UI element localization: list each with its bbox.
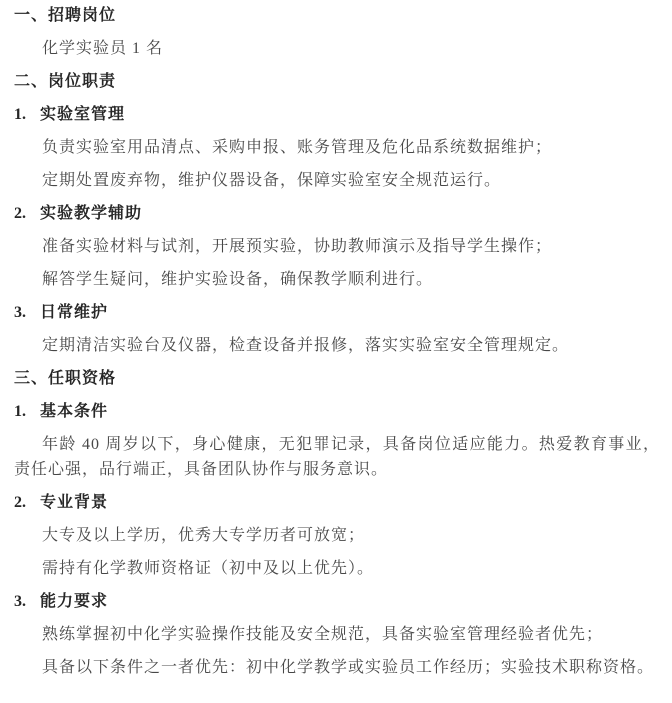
document-page: 一、招聘岗位 化学实验员 1 名 二、岗位职责 1.实验室管理 负责实验室用品清… (0, 0, 672, 703)
subheading-number: 1. (14, 102, 40, 127)
paragraph-duty-cleaning-inspection: 定期清洁实验台及仪器，检查设备并报修，落实实验室安全管理规定。 (14, 333, 660, 358)
paragraph-skill-requirement: 熟练掌握初中化学实验操作技能及安全规范，具备实验室管理经验者优先； (14, 622, 660, 647)
paragraph-duty-waste-disposal: 定期处置废弃物，维护仪器设备，保障实验室安全规范运行。 (14, 168, 660, 193)
subheading-number: 1. (14, 399, 40, 424)
section-heading-job-duties: 二、岗位职责 (14, 69, 660, 94)
subheading-number: 3. (14, 300, 40, 325)
subheading-lab-management: 1.实验室管理 (14, 102, 660, 127)
paragraph-duty-answer-questions: 解答学生疑问，维护实验设备，确保教学顺利进行。 (14, 267, 660, 292)
subheading-title: 日常维护 (40, 304, 108, 321)
subheading-number: 3. (14, 589, 40, 614)
subheading-title: 实验教学辅助 (40, 205, 142, 222)
paragraph-duty-prepare-materials: 准备实验材料与试剂，开展预实验，协助教师演示及指导学生操作； (14, 234, 660, 259)
subheading-title: 基本条件 (40, 403, 108, 420)
paragraph-basic-requirements-detail: 年龄 40 周岁以下，身心健康，无犯罪记录，具备岗位适应能力。热爱教育事业，责任… (14, 432, 660, 482)
subheading-daily-maintenance: 3.日常维护 (14, 300, 660, 325)
paragraph-duty-lab-supplies: 负责实验室用品清点、采购申报、账务管理及危化品系统数据维护； (14, 135, 660, 160)
section-heading-recruitment-position: 一、招聘岗位 (14, 3, 660, 28)
subheading-professional-background: 2.专业背景 (14, 490, 660, 515)
paragraph-position-headcount: 化学实验员 1 名 (14, 36, 660, 61)
subheading-number: 2. (14, 201, 40, 226)
subheading-title: 实验室管理 (40, 106, 125, 123)
subheading-basic-requirements: 1.基本条件 (14, 399, 660, 424)
subheading-ability-requirements: 3.能力要求 (14, 589, 660, 614)
subheading-teaching-assist: 2.实验教学辅助 (14, 201, 660, 226)
subheading-title: 专业背景 (40, 494, 108, 511)
paragraph-priority-conditions: 具备以下条件之一者优先：初中化学教学或实验员工作经历；实验技术职称资格。 (14, 655, 660, 680)
subheading-title: 能力要求 (40, 593, 108, 610)
paragraph-education-requirement: 大专及以上学历，优秀大专学历者可放宽； (14, 523, 660, 548)
section-heading-qualifications: 三、任职资格 (14, 366, 660, 391)
paragraph-certificate-requirement: 需持有化学教师资格证（初中及以上优先）。 (14, 556, 660, 581)
subheading-number: 2. (14, 490, 40, 515)
